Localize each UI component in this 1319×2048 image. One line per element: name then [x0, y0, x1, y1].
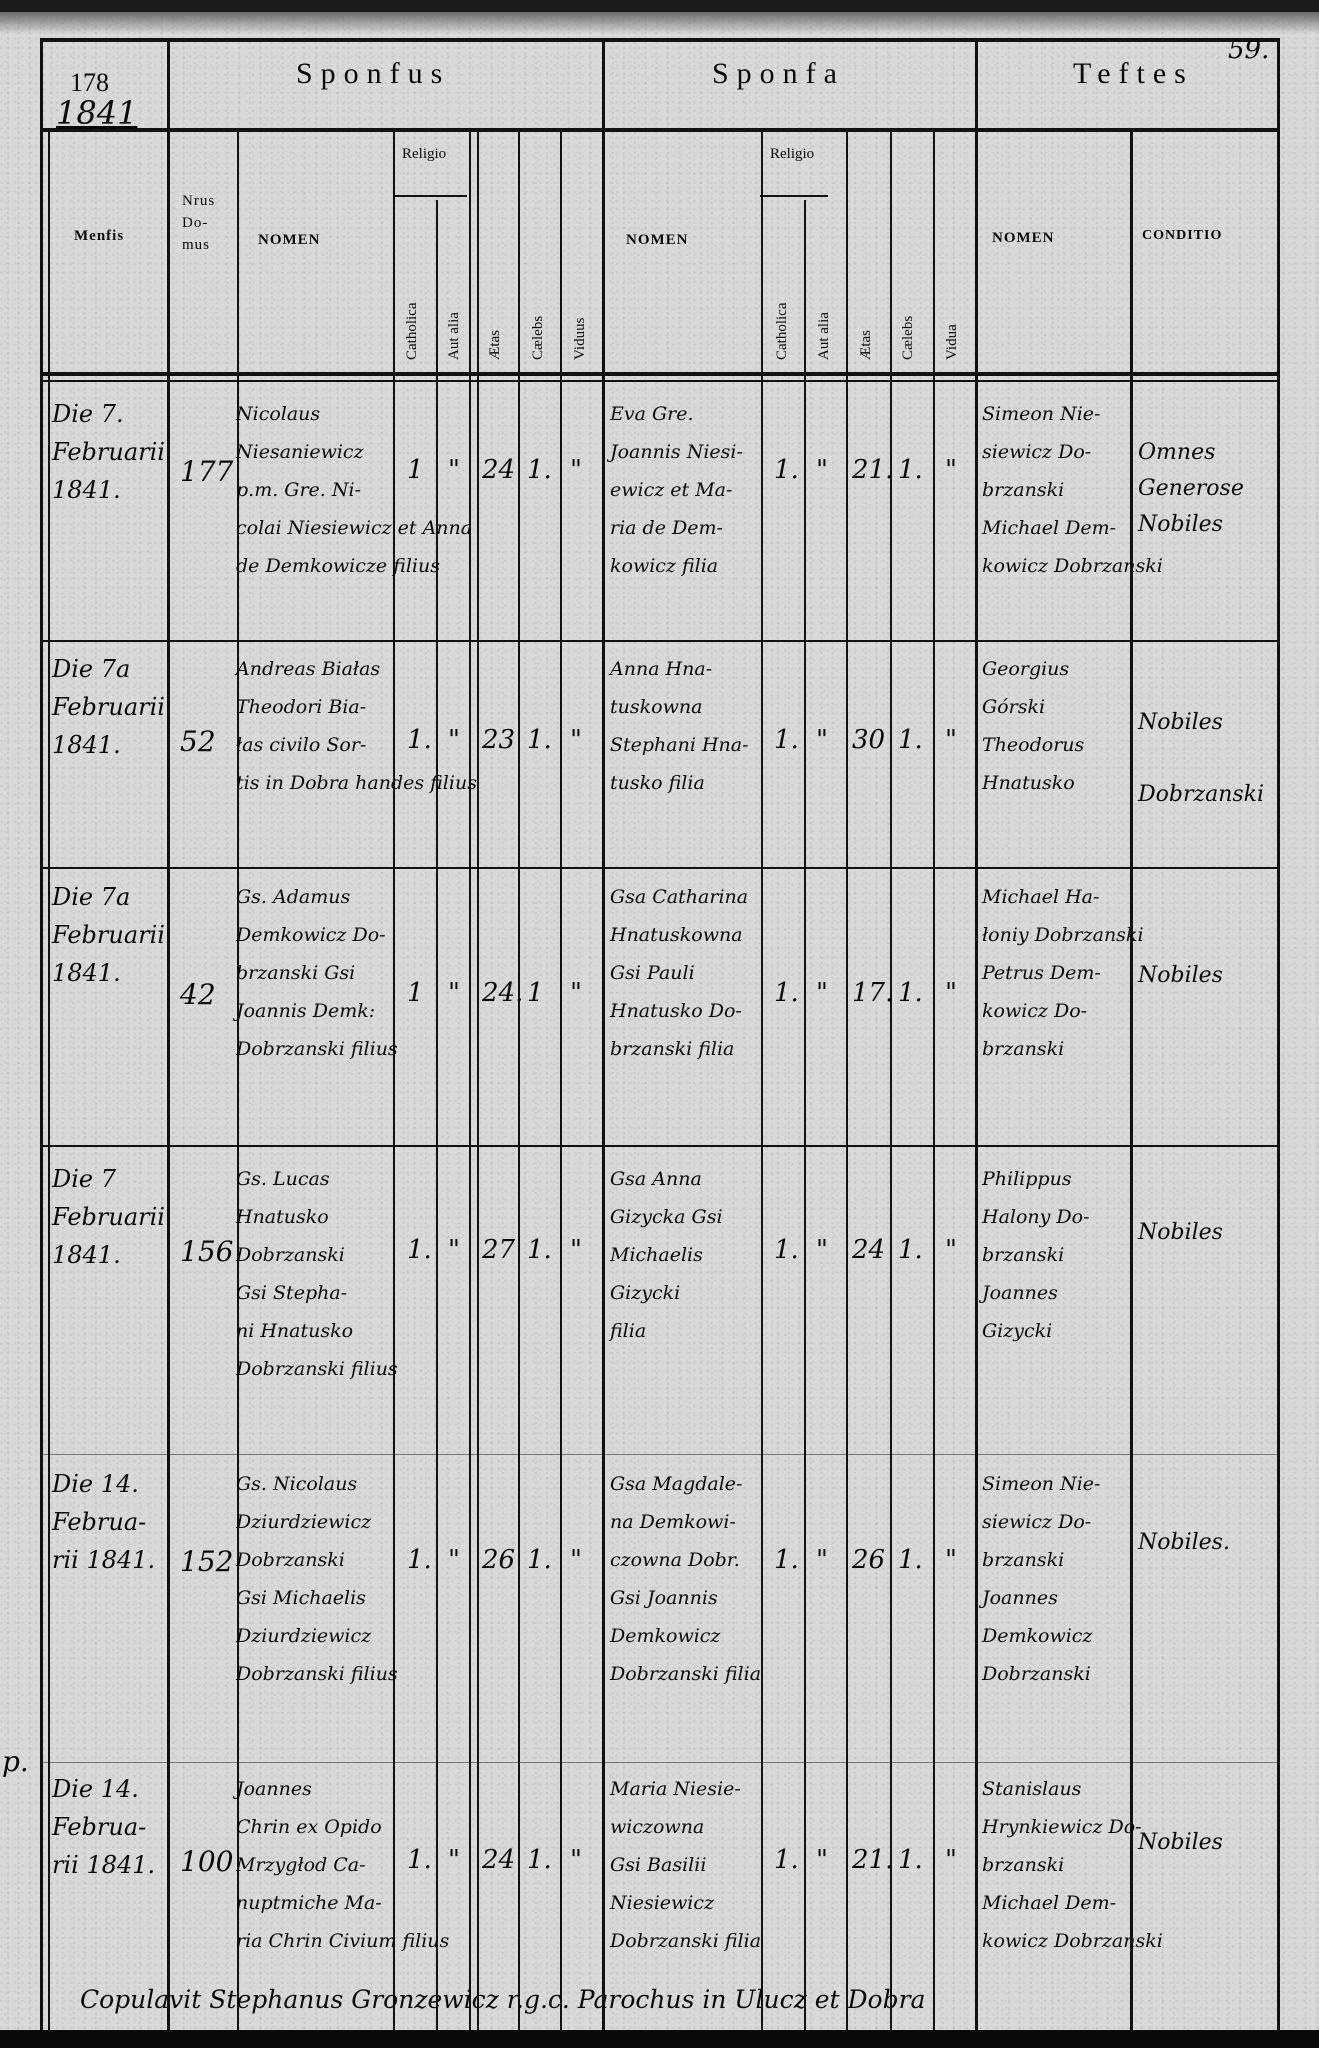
bride-aut-alia: ": [816, 725, 828, 755]
conditio: Nobiles: [1138, 1215, 1223, 1251]
col-bride-catholica: Catholica: [774, 303, 791, 360]
entry-date: Die 7a Februarii 1841.: [52, 650, 165, 764]
col-groom-aetas: Ætas: [487, 330, 504, 360]
col-groom-nomen: NOMEN: [258, 232, 321, 249]
groom-aut-alia: ": [448, 1235, 460, 1265]
col-groom-viduus: Viduus: [572, 318, 589, 360]
groom-catholica: 1: [407, 978, 424, 1008]
conditio: Nobiles.: [1138, 1525, 1230, 1561]
groom-catholica: 1.: [407, 1545, 432, 1575]
house-number: 100: [180, 1845, 233, 1878]
groom-caelebs: 1.: [527, 1845, 552, 1875]
groom-viduus: ": [570, 1545, 582, 1575]
groom-viduus: ": [570, 1235, 582, 1265]
col-groom-caelebs: Cælebs: [530, 316, 547, 360]
col-bride-caelebs: Cælebs: [900, 316, 917, 360]
groom-viduus: ": [570, 725, 582, 755]
bride-aut-alia: ": [816, 455, 828, 485]
entry-date: Die 7a Februarii 1841.: [52, 878, 165, 992]
col-mensis: Menfis: [74, 228, 124, 245]
col-bride-aetas: Ætas: [858, 330, 875, 360]
bride-vidua: ": [945, 978, 957, 1008]
house-number: 177: [180, 455, 233, 488]
groom-aut-alia: ": [448, 1545, 460, 1575]
groom-catholica: 1.: [407, 1235, 432, 1265]
bride-catholica: 1.: [774, 1545, 799, 1575]
house-number: 42: [180, 978, 216, 1011]
bride-vidua: ": [945, 1235, 957, 1265]
priest-signature: Copulavit Stephanus Gronzewicz r.g.c. Pa…: [80, 1985, 925, 2014]
groom-viduus: ": [570, 455, 582, 485]
bride-caelebs: 1.: [898, 978, 923, 1008]
bride-catholica: 1.: [774, 978, 799, 1008]
witness-names: Georgius Górski Theodorus Hnatusko: [982, 650, 1084, 802]
groom-caelebs: 1.: [527, 1545, 552, 1575]
entry-date: Die 7 Februarii 1841.: [52, 1160, 165, 1274]
col-bride-aut-alia: Aut alia: [816, 312, 833, 360]
groom-caelebs: 1.: [527, 1235, 552, 1265]
bride-vidua: ": [945, 725, 957, 755]
bride-catholica: 1.: [774, 1235, 799, 1265]
bride-aut-alia: ": [816, 1845, 828, 1875]
groom-catholica: 1.: [407, 1845, 432, 1875]
col-bride-nomen: NOMEN: [626, 232, 689, 249]
bride-name: Eva Gre. Joannis Niesi- ewicz et Ma- ria…: [610, 395, 743, 585]
col-groom-catholica: Catholica: [404, 303, 421, 360]
section-sponsa: Sponfa: [712, 57, 845, 91]
witness-names: Michael Ha- łoniy Dobrzanski Petrus Dem-…: [982, 878, 1144, 1068]
conditio: Nobiles: [1138, 958, 1223, 994]
conditio: Nobiles Dobrzanski: [1138, 705, 1264, 813]
groom-aut-alia: ": [448, 455, 460, 485]
bride-name: Gsa Anna Gizycka Gsi Michaelis Gizycki f…: [610, 1160, 723, 1350]
groom-age: 27: [482, 1235, 515, 1265]
col-bride-vidua: Vidua: [944, 324, 961, 360]
groom-age: 24: [482, 455, 515, 485]
col-nrus-domus: Nrus Do- mus: [182, 190, 215, 256]
bride-name: Gsa Magdale- na Demkowi- czowna Dobr. Gs…: [610, 1465, 761, 1693]
bride-caelebs: 1.: [898, 725, 923, 755]
groom-aut-alia: ": [448, 725, 460, 755]
bride-caelebs: 1.: [898, 1235, 923, 1265]
witness-names: Simeon Nie- siewicz Do- brzanski Michael…: [982, 395, 1163, 585]
bride-name: Gsa Catharina Hnatuskowna Gsi Pauli Hnat…: [610, 878, 748, 1068]
scan-top-shadow: [0, 12, 1319, 34]
groom-viduus: ": [570, 978, 582, 1008]
house-number: 52: [180, 725, 216, 758]
col-witness-nomen: NOMEN: [992, 230, 1055, 247]
col-groom-aut-alia: Aut alia: [446, 312, 463, 360]
bride-age: 21.: [852, 1845, 893, 1875]
groom-caelebs: 1.: [527, 725, 552, 755]
groom-age: 26: [482, 1545, 515, 1575]
groom-name: Gs. Nicolaus Dziurdziewicz Dobrzanski Gs…: [236, 1465, 398, 1693]
groom-viduus: ": [570, 1845, 582, 1875]
entry-date: Die 14. Februa- rii 1841.: [52, 1770, 155, 1884]
house-number: 152: [180, 1545, 233, 1578]
conditio: Nobiles: [1138, 1825, 1223, 1861]
bride-catholica: 1.: [774, 455, 799, 485]
witness-names: Stanislaus Hrynkiewicz Do- brzanski Mich…: [982, 1770, 1163, 1960]
col-bride-religio: Religio: [770, 146, 814, 163]
bride-age: 17.: [852, 978, 893, 1008]
bride-vidua: ": [945, 1545, 957, 1575]
bride-catholica: 1.: [774, 1845, 799, 1875]
bride-caelebs: 1.: [898, 1845, 923, 1875]
bride-name: Anna Hna- tuskowna Stephani Hna- tusko f…: [610, 650, 749, 802]
handwritten-year: 1841: [56, 98, 137, 128]
col-conditio: CONDITIO: [1142, 228, 1222, 244]
bride-age: 30: [852, 725, 885, 755]
margin-note: p.: [2, 1745, 29, 1778]
witness-names: Philippus Halony Do- brzanski Joannes Gi…: [982, 1160, 1090, 1350]
groom-caelebs: 1.: [527, 455, 552, 485]
entry-date: Die 14. Februa- rii 1841.: [52, 1465, 155, 1579]
groom-catholica: 1: [407, 455, 424, 485]
section-testes: Teftes: [1073, 57, 1194, 91]
groom-aut-alia: ": [448, 978, 460, 1008]
bride-aut-alia: ": [816, 1545, 828, 1575]
bride-aut-alia: ": [816, 978, 828, 1008]
bride-caelebs: 1.: [898, 1545, 923, 1575]
bride-age: 26: [852, 1545, 885, 1575]
groom-age: 24: [482, 1845, 515, 1875]
bride-age: 21.: [852, 455, 893, 485]
groom-name: Gs. Adamus Demkowicz Do- brzanski Gsi Jo…: [236, 878, 398, 1068]
section-sponsus: Sponfus: [296, 57, 450, 91]
groom-age: 24.: [482, 978, 523, 1008]
bride-caelebs: 1.: [898, 455, 923, 485]
bride-vidua: ": [945, 455, 957, 485]
bride-name: Maria Niesie- wiczowna Gsi Basilii Niesi…: [610, 1770, 761, 1960]
scan-bottom-edge: [0, 2030, 1319, 2048]
groom-name: Nicolaus Niesaniewicz p.m. Gre. Ni- cola…: [236, 395, 472, 585]
groom-aut-alia: ": [448, 1845, 460, 1875]
groom-name: Gs. Lucas Hnatusko Dobrzanski Gsi Stepha…: [236, 1160, 398, 1388]
bride-vidua: ": [945, 1845, 957, 1875]
groom-caelebs: 1: [527, 978, 544, 1008]
entry-date: Die 7. Februarii 1841.: [52, 395, 165, 509]
bride-age: 24: [852, 1235, 885, 1265]
groom-age: 23: [482, 725, 515, 755]
col-groom-religio: Religio: [402, 146, 446, 163]
groom-catholica: 1.: [407, 725, 432, 755]
conditio: Omnes Generose Nobiles: [1138, 435, 1244, 543]
bride-aut-alia: ": [816, 1235, 828, 1265]
witness-names: Simeon Nie- siewicz Do- brzanski Joannes…: [982, 1465, 1100, 1693]
groom-name: Andreas Białas Theodori Bia- łas civilo …: [236, 650, 477, 802]
page-number: 59.: [1228, 35, 1269, 65]
bride-catholica: 1.: [774, 725, 799, 755]
scan-top-edge: [0, 0, 1319, 12]
house-number: 156: [180, 1235, 233, 1268]
